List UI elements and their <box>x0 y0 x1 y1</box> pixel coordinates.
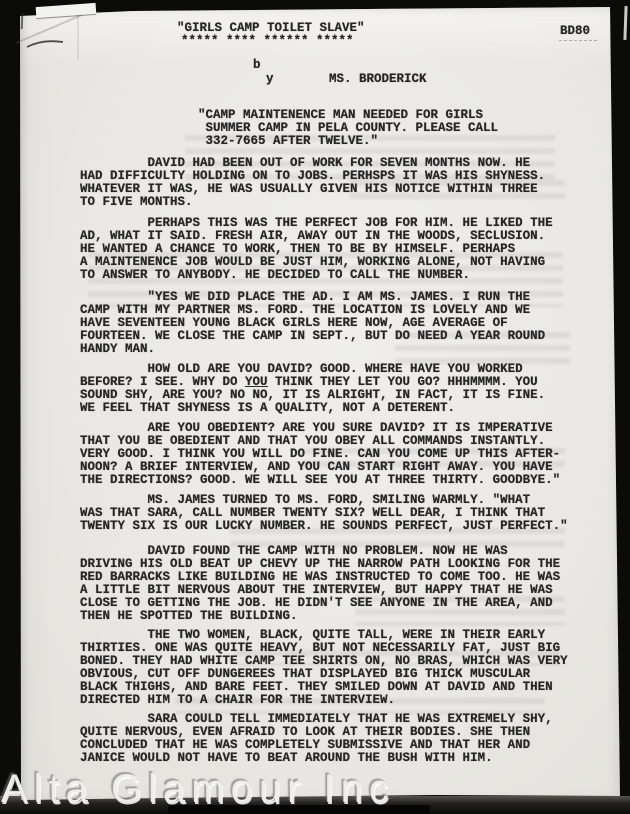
story-paragraph: DAVID FOUND THE CAMP WITH NO PROBLEM. NO… <box>80 545 560 623</box>
byline-letter-b: b <box>253 59 261 72</box>
story-paragraph: PERHAPS THIS WAS THE PERFECT JOB FOR HIM… <box>80 217 553 282</box>
story-paragraph: MS. JAMES TURNED TO MS. FORD, SMILING WA… <box>80 494 568 533</box>
story-paragraph: THE TWO WOMEN, BLACK, QUITE TALL, WERE I… <box>80 629 568 707</box>
catalog-code-underline <box>559 40 597 41</box>
vertical-crease-line <box>77 14 79 60</box>
underline-emphasis-mark <box>245 386 268 387</box>
story-paragraph: SARA COULD TELL IMMEDIATELY THAT HE WAS … <box>80 713 553 765</box>
story-paragraph: "YES WE DID PLACE THE AD. I AM MS. JAMES… <box>80 291 545 356</box>
pen-stroke-mark <box>24 37 68 53</box>
title-star-underline: ***** **** ****** ***** <box>181 35 354 48</box>
story-paragraph: HOW OLD ARE YOU DAVID? GOOD. WHERE HAVE … <box>80 363 545 415</box>
story-paragraph: ARE YOU OBEDIENT? ARE YOU SURE DAVID? IT… <box>80 422 560 487</box>
byline-author: MS. BRODERICK <box>329 73 427 86</box>
classified-ad-block: "CAMP MAINTENENCE MAN NEEDED FOR GIRLS S… <box>198 109 498 148</box>
story-paragraph: DAVID HAD BEEN OUT OF WORK FOR SEVEN MON… <box>80 157 545 209</box>
scanned-document-photo: "GIRLS CAMP TOILET SLAVE" ***** **** ***… <box>0 0 630 814</box>
catalog-code: BD80 <box>560 25 590 38</box>
watermark-text: Alta Glamour Inc <box>1 767 395 812</box>
byline-letter-y: y <box>266 73 274 86</box>
adjacent-page-edge <box>623 6 627 40</box>
